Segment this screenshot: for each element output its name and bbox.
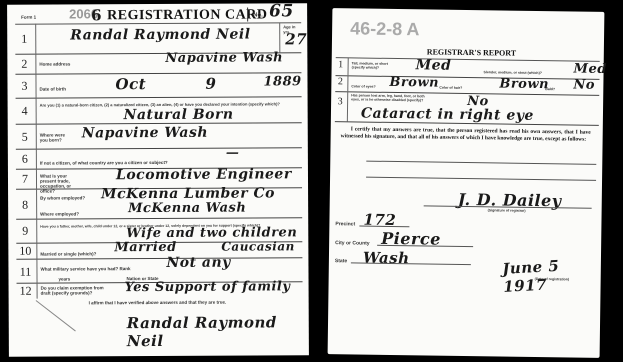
birth-month: Oct: [115, 75, 146, 93]
field-row-12: 12 Do you claim exemption from draft (sp…: [17, 281, 303, 298]
field-row-2: 2 Home address Napavine Wash: [15, 52, 301, 74]
state-value: Wash: [363, 249, 410, 268]
report-title: REGISTRAR'S REPORT: [427, 47, 516, 57]
birth-year: 1889: [263, 74, 301, 89]
marital-status-value: Married: [114, 240, 176, 255]
hair-color-value: Brown: [499, 76, 549, 92]
field-row-3: 3 Date of birth Oct 9 1889: [15, 72, 301, 98]
precinct-label: Precinct: [335, 221, 355, 227]
certification-text: I certify that my answers are true, that…: [341, 126, 591, 143]
foreign-citizenship-value: —: [226, 146, 240, 161]
birth-day: 9: [205, 75, 216, 93]
height-value: Med: [416, 57, 452, 73]
registrant-signature: Randal Raymond Neil: [127, 313, 309, 350]
affirmation-text: I affirm that I have verified above answ…: [89, 300, 227, 306]
bald-value: No: [573, 77, 595, 92]
name-value: Randal Raymond Neil: [70, 27, 250, 44]
occupation-value: Locomotive Engineer: [116, 166, 292, 183]
report-row-3: 3 Has person lost arm, leg, hand, foot, …: [335, 91, 599, 126]
report-stamp: 46-2-8 A: [350, 18, 420, 40]
eye-color-value: Brown: [389, 75, 439, 91]
registrars-report: 46-2-8 A REGISTRAR'S REPORT 1 Tall, medi…: [328, 8, 605, 358]
build-value: Med: [573, 61, 606, 76]
age-value: 27: [285, 30, 307, 48]
disability-detail: Cataract in right eye: [361, 106, 534, 124]
date-caption: (Date of registration): [535, 277, 569, 281]
number-label: No.: [253, 12, 263, 18]
state-label: State: [335, 258, 347, 264]
city-county-label: City or County: [335, 240, 370, 246]
employment-place-value: McKenna Wash: [128, 201, 246, 217]
birthplace-value: Napavine Wash: [82, 125, 208, 142]
exemption-value: Yes Support of family: [125, 279, 291, 295]
race-value: Caucasian: [221, 239, 295, 253]
corner-note: [20, 300, 76, 352]
military-service-value: Not any: [166, 255, 230, 271]
number-value: 65: [269, 1, 294, 21]
registrar-signature-caption: (Signature of registrar): [488, 208, 526, 213]
registration-card: Form 1 2066 6 REGISTRATION CARD No. 65 1…: [7, 3, 309, 357]
field-row-4: 4 Are you (1) a natural-born citizen, (2…: [16, 96, 302, 124]
field-row-8: 8 By whom employed? McKenna Lumber Co Wh…: [16, 187, 302, 219]
employer-value: McKenna Lumber Co: [101, 185, 275, 202]
field-row-5: 5 Where were you born? Napavine Wash: [16, 122, 302, 149]
registration-date: June 5 1917: [502, 254, 602, 295]
home-address-value: Napavine Wash: [165, 50, 283, 66]
form-label: Form 1: [21, 15, 36, 20]
citizenship-value: Natural Born: [124, 107, 234, 124]
serial-overwrite: 6: [91, 6, 102, 24]
